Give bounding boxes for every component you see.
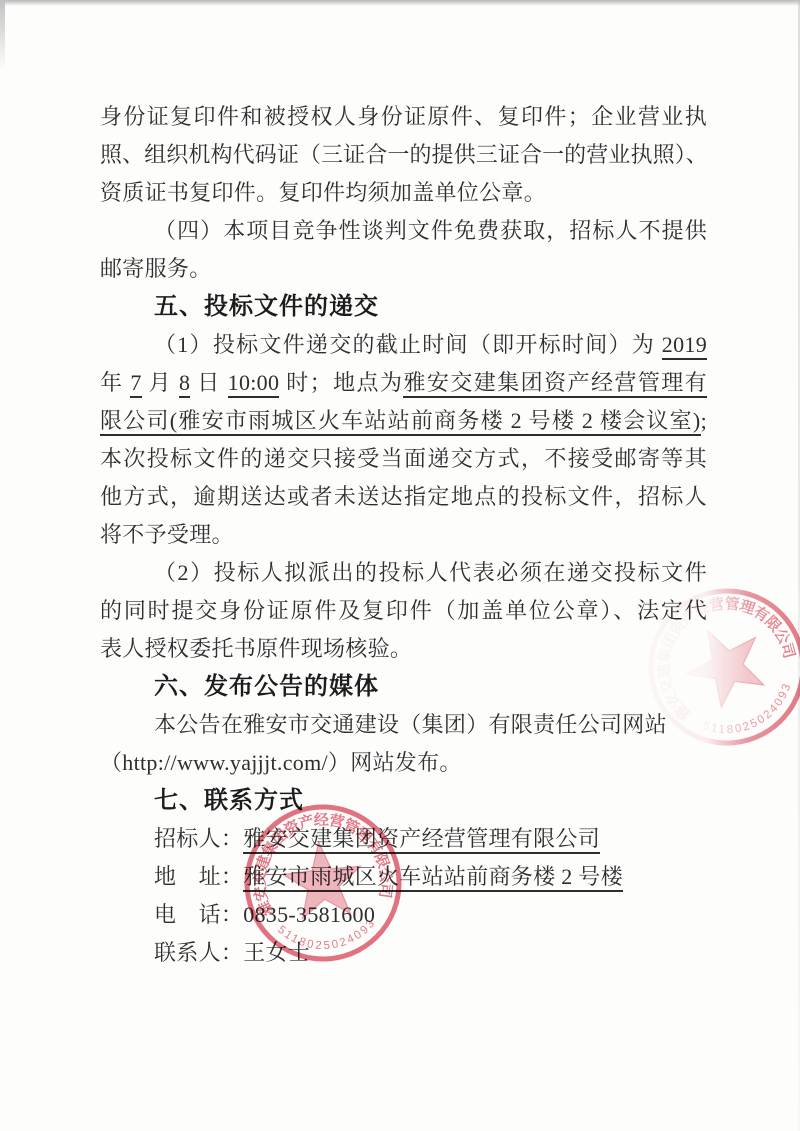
- underlined-text: 10:00: [228, 370, 280, 398]
- text-line: 联系人：王女士: [100, 934, 707, 972]
- text-line: （1）投标文件递交的截止时间（即开标时间）为 2019: [100, 326, 707, 364]
- text-line: 身份证复印件和被授权人身份证原件、复印件；企业营业执: [100, 98, 707, 136]
- text-segment: 本次投标文件的递交只接受当面递交方式，不接受邮寄等其: [100, 446, 707, 471]
- scan-edge-left: [0, 0, 5, 70]
- text-segment: 表人授权委托书原件现场核验。: [100, 636, 412, 661]
- text-segment: 年: [100, 370, 130, 395]
- text-line: 电 话：0835-3581600: [100, 896, 707, 934]
- text-segment: 月: [142, 370, 179, 395]
- underlined-text: 雅安交建集团资产经营管理有限公司: [243, 826, 600, 854]
- text-segment: 邮寄服务。: [100, 256, 212, 281]
- text-segment: 资质证书复印件。复印件均须加盖单位公章。: [100, 180, 546, 205]
- underlined-text: 雅安市雨城区火车站站前商务楼 2 号楼: [243, 864, 623, 892]
- text-segment: 六、发布公告的媒体: [154, 673, 379, 700]
- text-line: 年 7 月 8 日 10:00 时；地点为雅安交建集团资产经营管理有: [100, 364, 707, 402]
- section-heading: 五、投标文件的递交: [100, 288, 707, 326]
- text-segment: 将不予受理。: [100, 522, 234, 547]
- section-heading: 七、联系方式: [100, 782, 707, 820]
- scan-edge-top: [0, 0, 800, 6]
- text-segment: ;: [701, 408, 707, 433]
- text-line: 将不予受理。: [100, 516, 707, 554]
- text-segment: 时；地点为: [279, 370, 403, 395]
- text-line: 的同时提交身份证原件及复印件（加盖单位公章）、法定代: [100, 592, 707, 630]
- underlined-text: 2019: [662, 332, 707, 360]
- text-line: 本次投标文件的递交只接受当面递交方式，不接受邮寄等其: [100, 440, 707, 478]
- text-segment: （2）投标人拟派出的投标人代表必须在递交投标文件: [154, 560, 707, 585]
- text-line: 限公司(雅安市雨城区火车站站前商务楼 2 号楼 2 楼会议室);: [100, 402, 707, 440]
- underlined-text: 限公司(雅安市雨城区火车站站前商务楼 2 号楼 2 楼会议室): [100, 408, 701, 436]
- text-line: 邮寄服务。: [100, 250, 707, 288]
- underlined-text: 7: [130, 370, 141, 398]
- text-line: 资质证书复印件。复印件均须加盖单位公章。: [100, 174, 707, 212]
- text-line: （http://www.yajjjt.com/）网站发布。: [100, 744, 707, 782]
- text-line: 本公告在雅安市交通建设（集团）有限责任公司网站: [100, 706, 707, 744]
- text-line: 他方式，逾期送达或者未送达指定地点的投标文件，招标人: [100, 478, 707, 516]
- text-segment: 日: [190, 370, 227, 395]
- text-segment: 七、联系方式: [154, 787, 304, 814]
- text-segment: 照、组织机构代码证（三证合一的提供三证合一的营业执照）、: [100, 142, 707, 167]
- text-segment: 本公告在雅安市交通建设（集团）有限责任公司网站: [154, 712, 667, 737]
- text-segment: （1）投标文件递交的截止时间（即开标时间）为: [154, 332, 662, 357]
- text-segment: 身份证复印件和被授权人身份证原件、复印件；企业营业执: [100, 104, 707, 129]
- text-line: 表人授权委托书原件现场核验。: [100, 630, 707, 668]
- text-segment: 地 址：: [154, 864, 243, 889]
- text-segment: 电 话：0835-3581600: [154, 902, 375, 927]
- text-segment: 五、投标文件的递交: [154, 293, 379, 320]
- text-segment: 联系人：王女士: [154, 940, 310, 965]
- underlined-text: 8: [179, 370, 190, 398]
- text-line: 招标人：雅安交建集团资产经营管理有限公司: [100, 820, 707, 858]
- document-body: 身份证复印件和被授权人身份证原件、复印件；企业营业执照、组织机构代码证（三证合一…: [100, 98, 707, 972]
- text-segment: 他方式，逾期送达或者未送达指定地点的投标文件，招标人: [100, 484, 707, 509]
- text-segment: 招标人：: [154, 826, 243, 851]
- svg-text:5118025024093: 5118025024093: [697, 676, 800, 753]
- document-page: 身份证复印件和被授权人身份证原件、复印件；企业营业执照、组织机构代码证（三证合一…: [0, 0, 800, 1131]
- text-segment: （http://www.yajjjt.com/）网站发布。: [100, 750, 462, 775]
- text-line: （2）投标人拟派出的投标人代表必须在递交投标文件: [100, 554, 707, 592]
- text-segment: 的同时提交身份证原件及复印件（加盖单位公章）、法定代: [100, 598, 707, 623]
- text-line: 照、组织机构代码证（三证合一的提供三证合一的营业执照）、: [100, 136, 707, 174]
- section-heading: 六、发布公告的媒体: [100, 668, 707, 706]
- text-line: （四）本项目竞争性谈判文件免费获取，招标人不提供: [100, 212, 707, 250]
- text-line: 地 址：雅安市雨城区火车站站前商务楼 2 号楼: [100, 858, 707, 896]
- text-segment: （四）本项目竞争性谈判文件免费获取，招标人不提供: [154, 218, 707, 243]
- underlined-text: 雅安交建集团资产经营管理有: [403, 370, 707, 398]
